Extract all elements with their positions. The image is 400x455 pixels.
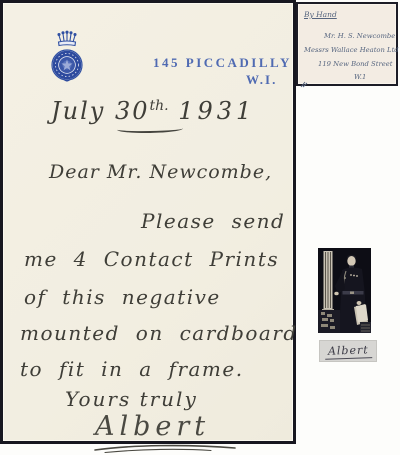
date-ordinal: th.: [149, 98, 168, 114]
closing: Yours truly: [65, 387, 198, 411]
date-underline: [117, 124, 183, 133]
envelope-address-line: 119 New Bond Street: [318, 60, 392, 68]
body-line: me 4 Contact Prints: [24, 247, 279, 271]
date-line: July 30th. 1931: [51, 97, 255, 125]
letter-page: 145 PICCADILLY W.I. July 30th. 1931 Dear…: [0, 0, 296, 444]
envelope-address-line: Messrs Wallace Heaton Ltd: [304, 46, 399, 54]
portrait-photo: [318, 248, 371, 333]
body-line: Please send: [141, 209, 285, 233]
body-line: of this negative: [24, 285, 221, 309]
envelope: By Hand Mr. H. S. Newcombe Messrs Wallac…: [296, 2, 398, 86]
letterhead-district: W.I.: [246, 72, 277, 88]
royal-garter-crest-icon: [49, 29, 85, 91]
envelope-delivery-note: By Hand: [304, 10, 337, 19]
signature-strip: Albert: [319, 340, 377, 362]
signature: Albert: [95, 411, 210, 442]
body-line: mounted on cardboard: [20, 321, 298, 345]
portrait-illustration: [318, 248, 371, 333]
date-day-month: July 30: [51, 97, 149, 125]
scanned-letter-composite: 145 PICCADILLY W.I. July 30th. 1931 Dear…: [0, 0, 400, 455]
body-line: to fit in a frame.: [20, 357, 244, 381]
envelope-address-line: Mr. H. S. Newcombe: [324, 32, 395, 40]
envelope-ink-mark-icon: [300, 73, 310, 81]
signature-flourish: [91, 439, 239, 451]
letterhead-address: 145 PICCADILLY: [153, 55, 292, 71]
envelope-address-line: W.1: [354, 73, 366, 81]
strip-signature: Albert: [324, 343, 371, 360]
salutation: Dear Mr. Newcombe,: [49, 161, 272, 183]
date-year: 1931: [178, 97, 255, 125]
